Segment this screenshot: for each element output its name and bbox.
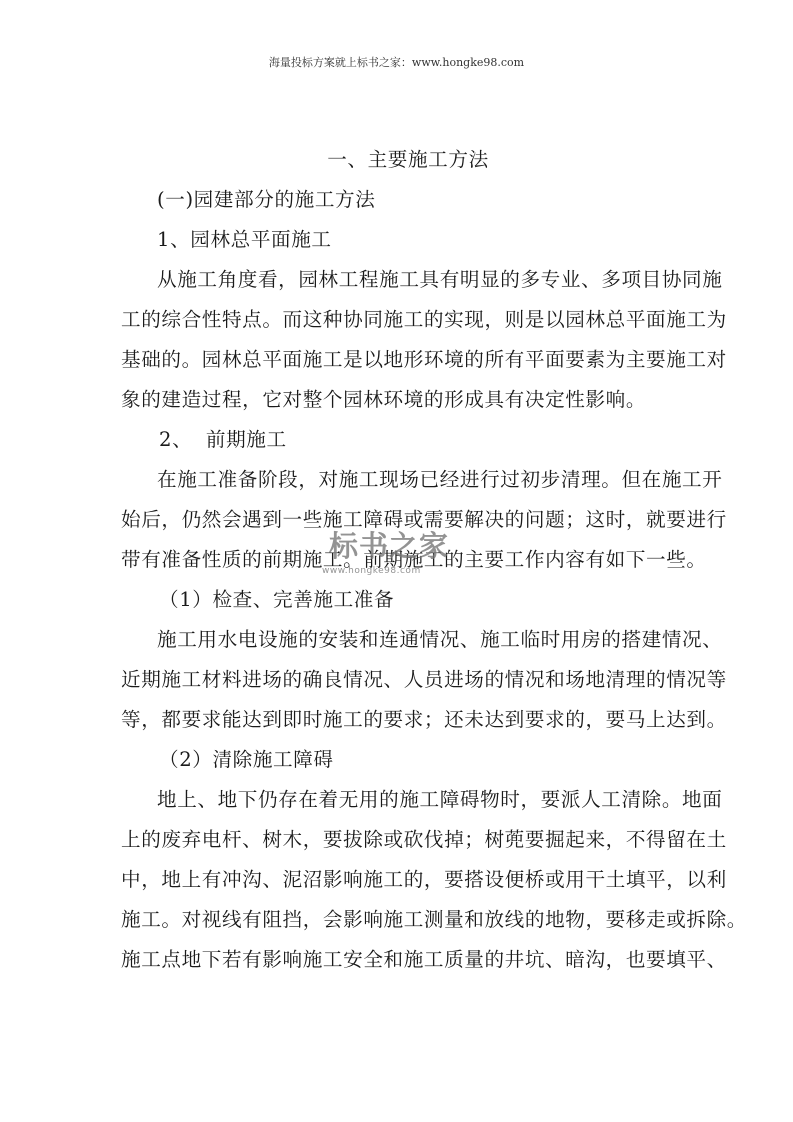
section-title: 一、主要施工方法 <box>121 146 677 186</box>
watermark-url: www.hongke98.com <box>322 566 421 576</box>
sub-item-heading: （2）清除施工障碍 <box>121 746 677 786</box>
paragraph-line: 工的综合性特点。而这种协同施工的实现，则是以园林总平面施工为 <box>121 306 677 346</box>
paragraph-line: 地上、地下仍存在着无用的施工障碍物时，要派人工清除。地面 <box>121 786 677 826</box>
paragraph-line: 施工点地下若有影响施工安全和施工质量的井坑、暗沟，也要填平、 <box>121 946 677 986</box>
watermark-logo: 标书之家 <box>329 530 449 562</box>
paragraph-line: 基础的。园林总平面施工是以地形环境的所有平面要素为主要施工对 <box>121 346 677 386</box>
subsection-heading: (一)园建部分的施工方法 <box>121 186 677 226</box>
page-header: 海量投标方案就上标书之家：www.hongke98.com <box>0 56 793 70</box>
paragraph-line: 在施工准备阶段，对施工现场已经进行过初步清理。但在施工开 <box>121 466 677 506</box>
paragraph-line: 中，地上有冲沟、泥沼影响施工的，要搭设便桥或用干土填平，以利 <box>121 866 677 906</box>
paragraph-line: 从施工角度看，园林工程施工具有明显的多专业、多项目协同施 <box>121 266 677 306</box>
paragraph-line: 近期施工材料进场的确良情况、人员进场的情况和场地清理的情况等 <box>121 666 677 706</box>
paragraph-line: 上的废弃电杆、树木，要拔除或砍伐掉；树蔸要掘起来，不得留在土 <box>121 826 677 866</box>
item-heading: 2、 前期施工 <box>121 426 677 466</box>
paragraph-line: 等，都要求能达到即时施工的要求；还未达到要求的，要马上达到。 <box>121 706 677 746</box>
paragraph-line: 象的建造过程，它对整个园林环境的形成具有决定性影响。 <box>121 386 677 426</box>
paragraph-line: 施工。对视线有阻挡，会影响施工测量和放线的地物，要移走或拆除。 <box>121 906 677 946</box>
paragraph-line: 施工用水电设施的安装和连通情况、施工临时用房的搭建情况、 <box>121 626 677 666</box>
item-heading: 1、园林总平面施工 <box>121 226 677 266</box>
sub-item-heading: （1）检查、完善施工准备 <box>121 586 677 626</box>
